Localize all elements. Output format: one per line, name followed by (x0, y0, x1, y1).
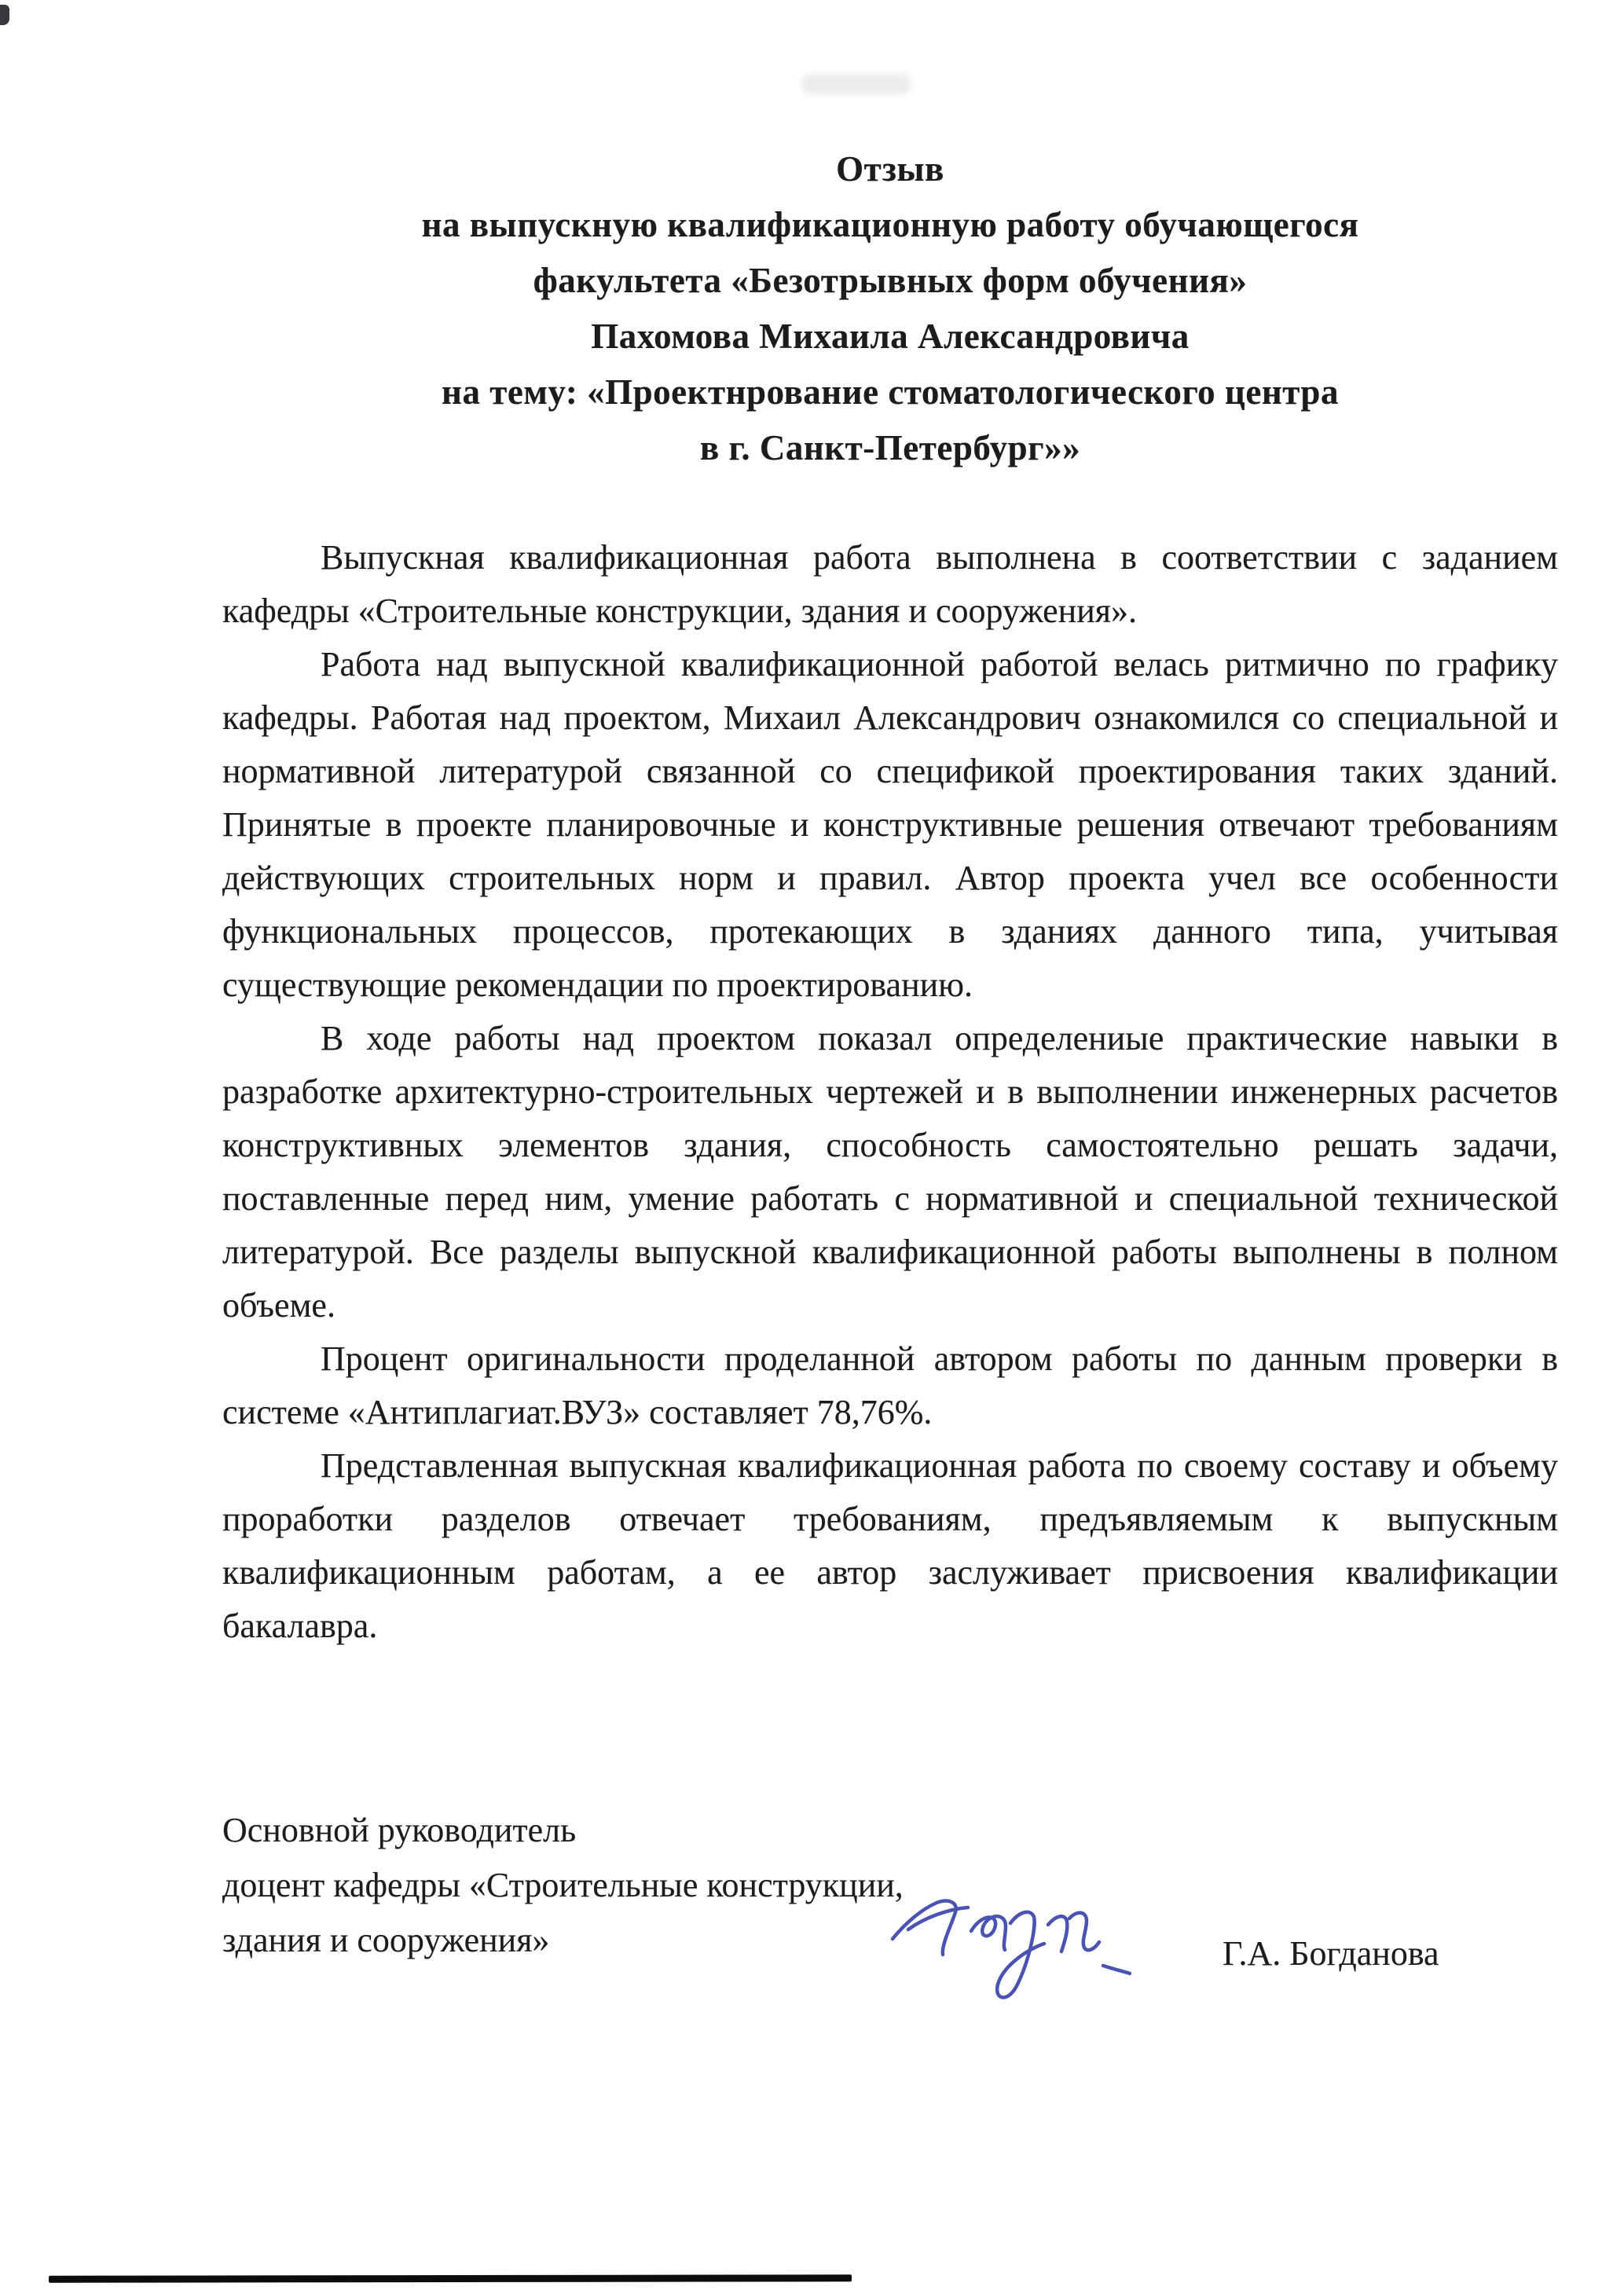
body-paragraph: Выпускная квалификационная работа выполн… (222, 531, 1558, 638)
review-title-line: на выпускную квалификационную работу обу… (222, 197, 1558, 253)
signer-role-line: Основной руководитель (222, 1803, 1008, 1858)
review-title-line: в г. Санкт-Петербург»» (222, 420, 1558, 476)
scan-smudge (801, 74, 911, 94)
review-body: Выпускная квалификационная работа выполн… (222, 531, 1558, 1653)
signer-name: Г.А. Богданова (1223, 1934, 1439, 1973)
body-paragraph: Процент оригинальности проделанной автор… (222, 1332, 1558, 1439)
document-page: Отзыв на выпускную квалификационную рабо… (0, 0, 1624, 2294)
review-title-line: факультета «Безотрывных форм обучения» (222, 253, 1558, 309)
signature-ink-icon (886, 1871, 1138, 2021)
review-title: Отзыв на выпускную квалификационную рабо… (222, 141, 1558, 476)
review-title-line: на тему: «Проектнрование стоматологическ… (222, 365, 1558, 420)
scan-artifact-bottom-line (49, 2274, 852, 2282)
scan-artifact-top-left-mark (0, 5, 9, 25)
body-paragraph: В ходе работы над проектом показал опред… (222, 1012, 1558, 1332)
handwritten-signature (886, 1871, 1138, 2021)
review-title-line: Пахомова Михаила Александровича (222, 309, 1558, 365)
review-title-line: Отзыв (222, 141, 1558, 197)
body-paragraph: Представленная выпускная квалификационна… (222, 1439, 1558, 1653)
body-paragraph: Работа над выпускной квалификационной ра… (222, 638, 1558, 1012)
